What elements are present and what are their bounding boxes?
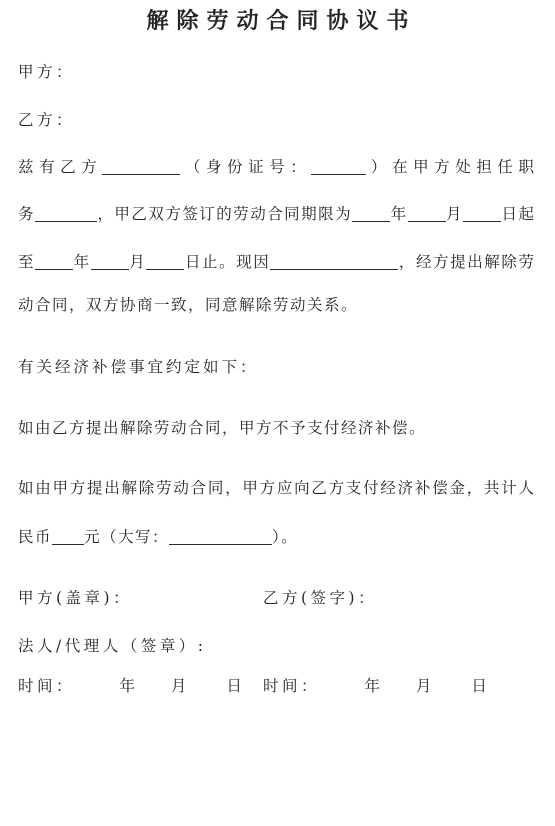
- clause-employee-termination: 如由乙方提出解除劳动合同，甲方不予支付经济补偿。: [18, 418, 535, 439]
- text-segment: ，经方提出解除劳: [398, 253, 535, 271]
- document-page: 解除劳动合同协议书 甲方： 乙方： 兹有乙方（身份证号：）在甲方处担任职 务，甲…: [0, 0, 555, 826]
- time-column-party-b: 时间： 年 月 日: [263, 676, 490, 697]
- intro-paragraph-line-1: 兹有乙方（身份证号：）在甲方处担任职: [18, 157, 535, 178]
- party-b-sign-label: 乙方(签字)：: [263, 588, 377, 609]
- time-row: 时间： 年 月 日 时间： 年 月 日: [18, 676, 535, 697]
- text-segment: ，甲乙双方签订的劳动合同期限为: [97, 205, 352, 223]
- day-label-b: 日: [471, 677, 490, 695]
- clause-employer-termination-line-1: 如由甲方提出解除劳动合同，甲方应向乙方支付经济补偿金，共计人: [18, 478, 535, 499]
- fill-in-blank: [408, 207, 446, 222]
- text-segment: 年: [390, 205, 407, 223]
- fill-in-blank: [35, 255, 73, 270]
- text-segment: 月: [446, 205, 463, 223]
- text-segment: 兹有乙方: [18, 158, 102, 176]
- month-label-b: 月: [416, 677, 435, 695]
- time-label-a: 时间：: [18, 677, 75, 695]
- text-segment: （身份证号：: [180, 158, 311, 176]
- text-segment: 日起: [501, 205, 535, 223]
- time-label-b: 时间：: [263, 677, 320, 695]
- party-b-line: 乙方：: [18, 110, 535, 131]
- fill-in-blank: [270, 255, 398, 270]
- clause-employer-termination-line-2: 民币元（大写：）。: [18, 527, 535, 548]
- fill-in-blank: [102, 160, 180, 175]
- text-segment: 民币: [18, 528, 52, 546]
- text-segment: 元（大写：: [84, 528, 169, 546]
- year-label-b: 年: [364, 677, 383, 695]
- fill-in-blank: [146, 255, 184, 270]
- text-segment: 年: [73, 253, 91, 271]
- month-label-a: 月: [171, 677, 190, 695]
- fill-in-blank: [311, 160, 366, 175]
- party-a-line: 甲方：: [18, 62, 535, 83]
- compensation-heading: 有关经济补偿事宜约定如下：: [18, 357, 535, 378]
- text-segment: 务: [18, 205, 35, 223]
- text-segment: 至: [18, 253, 35, 271]
- text-segment: 月: [129, 253, 147, 271]
- day-label-a: 日: [226, 677, 245, 695]
- text-segment: 动合同，双方协商一致，同意解除劳动关系。: [18, 296, 358, 314]
- legal-rep-line: 法人/代理人（签章）:: [18, 636, 535, 657]
- party-a-seal-label: 甲方(盖章)：: [18, 589, 132, 607]
- text-segment: 日止。现因: [184, 253, 270, 271]
- text-segment: ）。: [272, 528, 298, 546]
- fill-in-blank: [91, 255, 129, 270]
- document-title: 解除劳动合同协议书: [0, 6, 555, 36]
- signature-row: 甲方(盖章)： 乙方(签字)：: [18, 588, 535, 609]
- intro-paragraph-line-2: 务，甲乙双方签订的劳动合同期限为年月日起: [18, 204, 535, 225]
- time-column-party-a: 时间： 年 月 日: [18, 677, 245, 695]
- fill-in-blank: [352, 207, 390, 222]
- text-segment: 如由甲方提出解除劳动合同，甲方应向乙方支付经济补偿金，共计人: [18, 479, 535, 497]
- intro-paragraph-line-3: 至年月日止。现因，经方提出解除劳: [18, 252, 535, 273]
- fill-in-blank: [52, 530, 84, 545]
- intro-paragraph-line-4: 动合同，双方协商一致，同意解除劳动关系。: [18, 295, 535, 316]
- fill-in-blank: [169, 530, 272, 545]
- fill-in-blank: [463, 207, 501, 222]
- year-label-a: 年: [119, 677, 138, 695]
- text-segment: ）在甲方处担任职: [366, 158, 535, 176]
- fill-in-blank: [35, 207, 97, 222]
